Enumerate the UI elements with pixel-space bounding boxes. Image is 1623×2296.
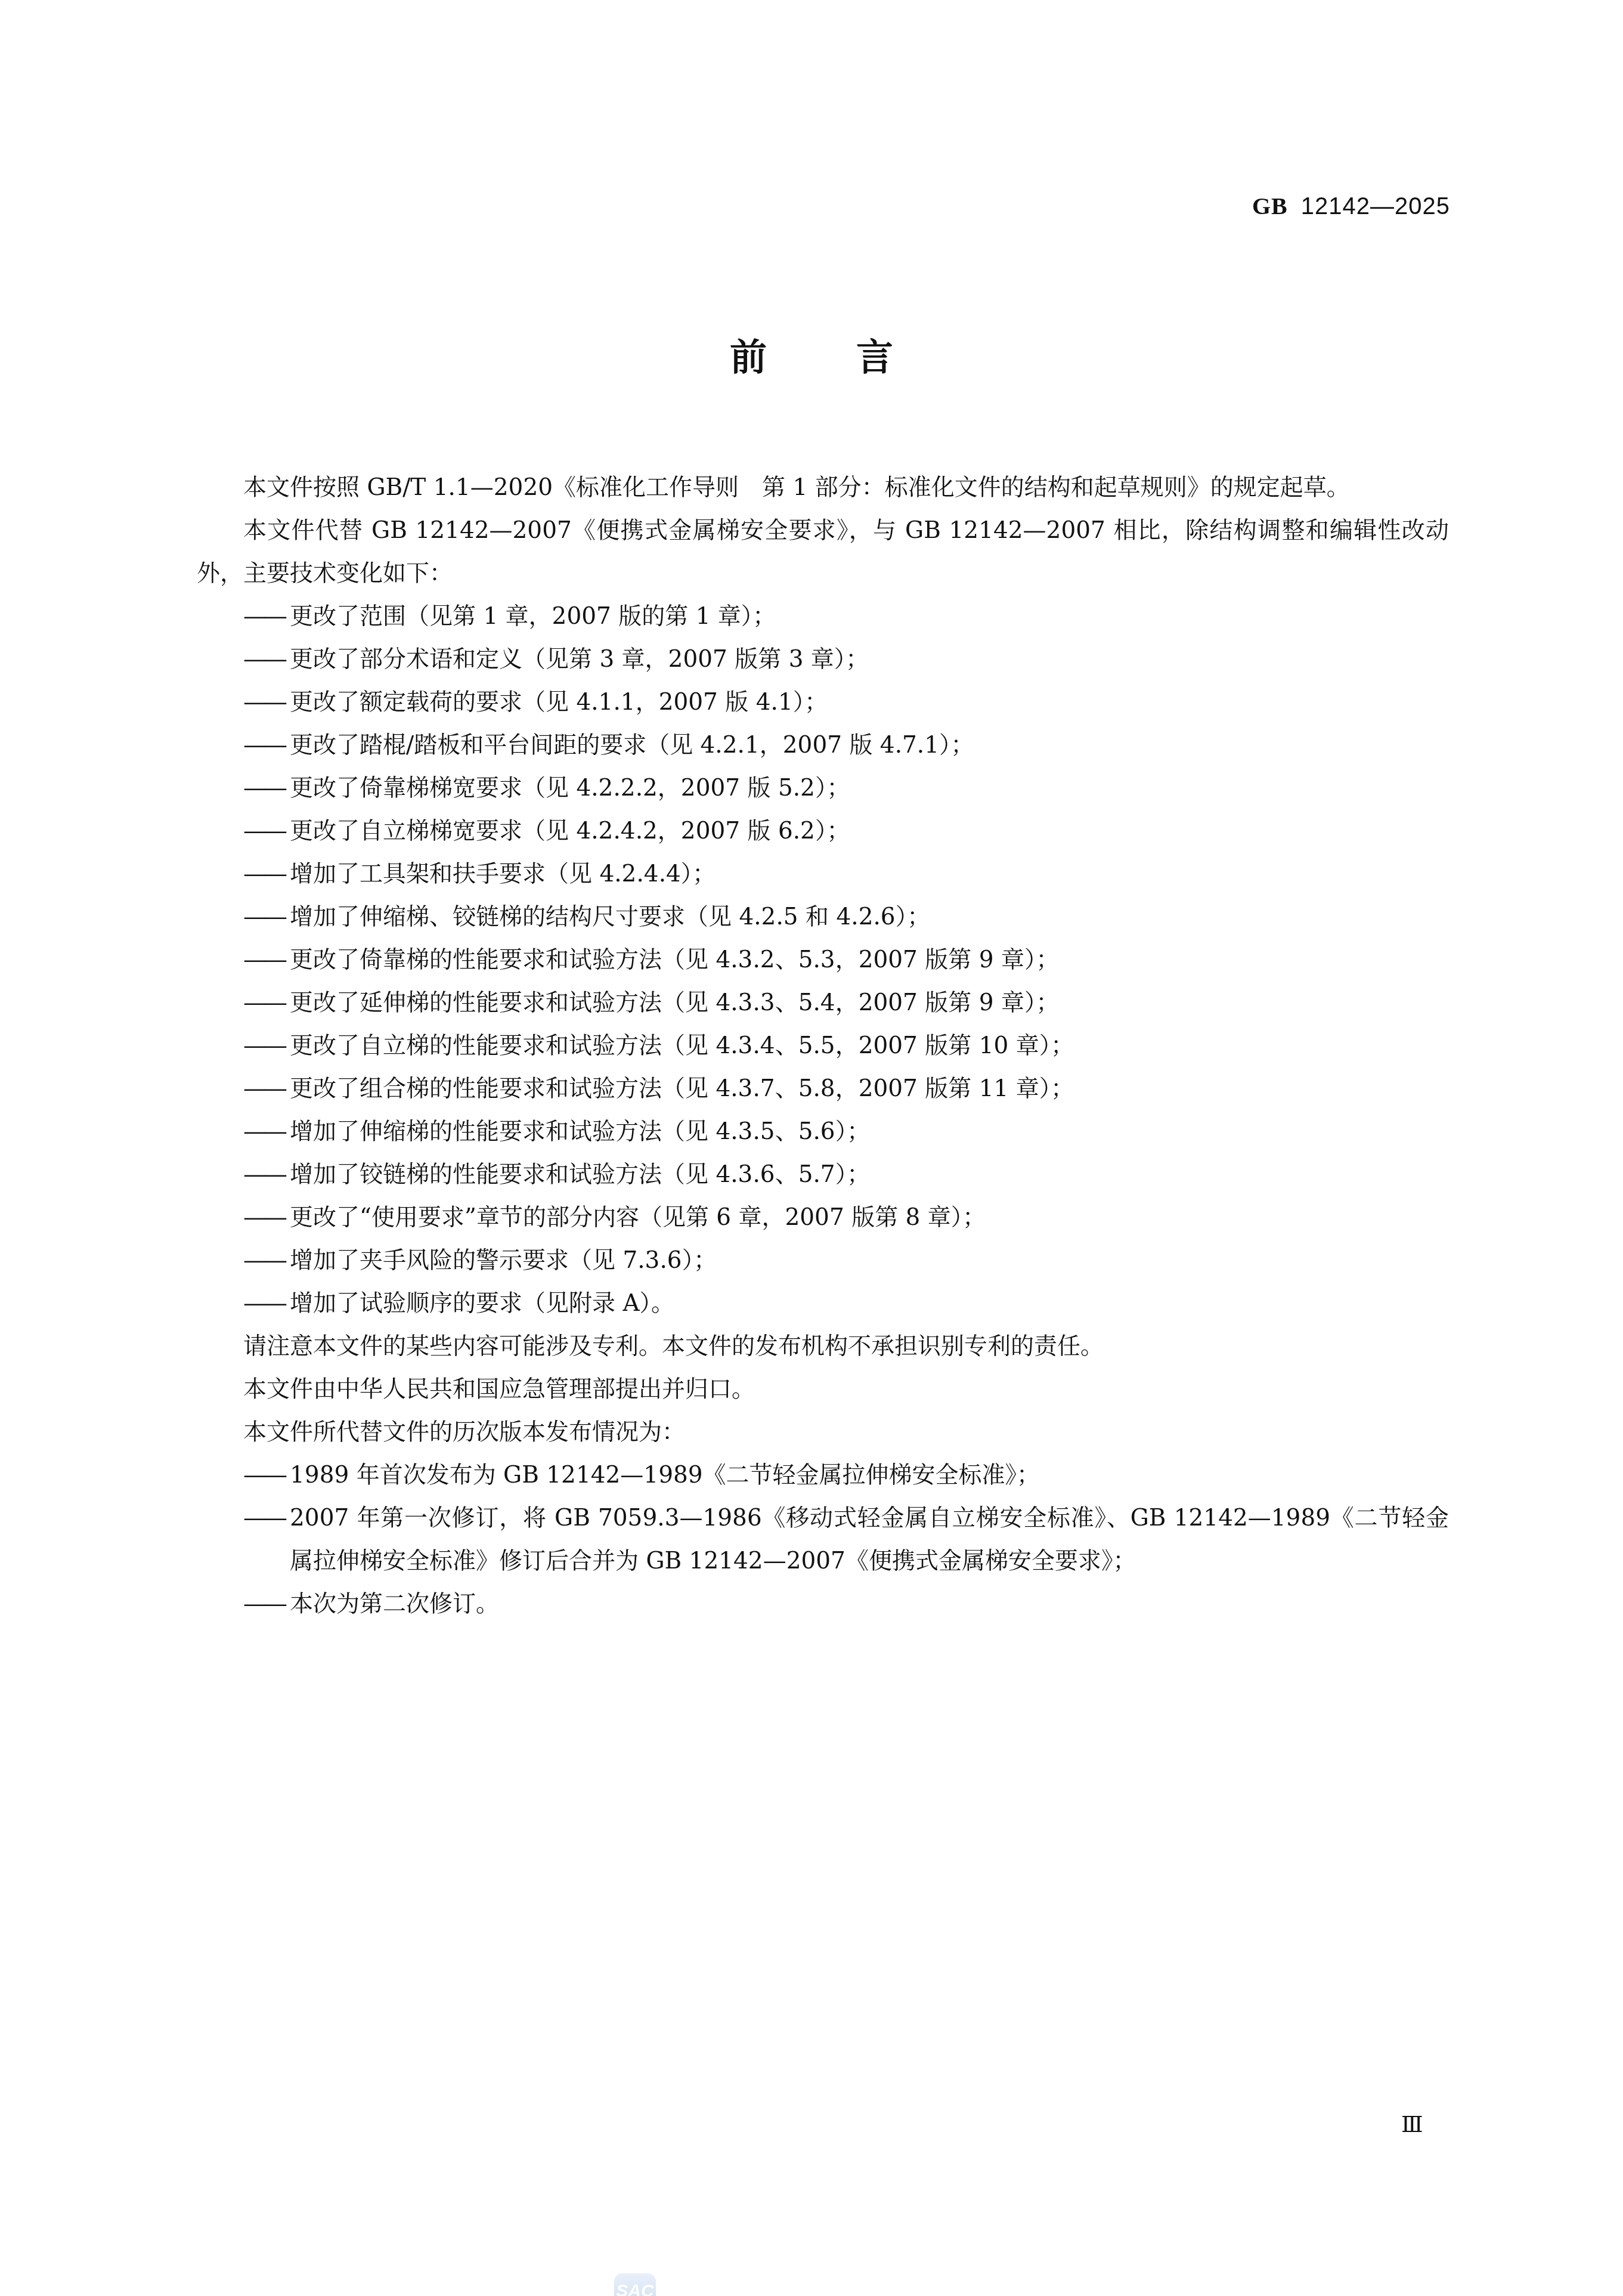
list-item-text: 更改了“使用要求”章节的部分内容（见第 6 章，2007 版第 8 章）；	[290, 1204, 986, 1231]
dash-bullet: ——	[243, 1239, 290, 1282]
list-item-text: 更改了踏棍/踏板和平台间距的要求（见 4.2.1，2007 版 4.7.1）；	[290, 732, 974, 759]
dash-bullet: ——	[243, 1153, 290, 1196]
page-title: 前言	[0, 334, 1623, 382]
list-item-text: 更改了部分术语和定义（见第 3 章，2007 版第 3 章）；	[290, 646, 869, 673]
list-item: ——增加了伸缩梯的性能要求和试验方法（见 4.3.5、5.6）；	[197, 1110, 1449, 1153]
list-item: ——增加了夹手风险的警示要求（见 7.3.6）；	[197, 1239, 1449, 1282]
list-item-text: 更改了倚靠梯的性能要求和试验方法（见 4.3.2、5.3，2007 版第 9 章…	[290, 946, 1059, 973]
dash-bullet: ——	[243, 810, 290, 853]
list-item: ——更改了额定载荷的要求（见 4.1.1，2007 版 4.1）；	[197, 681, 1449, 724]
dash-bullet: ——	[243, 896, 290, 939]
list-item: ——1989 年首次发布为 GB 12142—1989《二节轻金属拉伸梯安全标准…	[197, 1454, 1449, 1497]
list-item-text: 增加了工具架和扶手要求（见 4.2.4.4）；	[290, 861, 716, 887]
list-item: ——更改了倚靠梯梯宽要求（见 4.2.2.2，2007 版 5.2）；	[197, 767, 1449, 810]
list-item: ——增加了伸缩梯、铰链梯的结构尺寸要求（见 4.2.5 和 4.2.6）；	[197, 896, 1449, 939]
dash-bullet: ——	[243, 1497, 290, 1540]
list-item-text: 更改了倚靠梯梯宽要求（见 4.2.2.2，2007 版 5.2）；	[290, 775, 850, 802]
list-item: ——本次为第二次修订。	[197, 1583, 1449, 1626]
list-item: ——2007 年第一次修订，将 GB 7059.3—1986《移动式轻金属自立梯…	[197, 1497, 1449, 1583]
dash-bullet: ——	[243, 1583, 290, 1626]
list-item-text: 增加了伸缩梯、铰链梯的结构尺寸要求（见 4.2.5 和 4.2.6）；	[290, 903, 930, 930]
dash-bullet: ——	[243, 853, 290, 896]
dash-bullet: ——	[243, 1110, 290, 1153]
list-item: ——更改了倚靠梯的性能要求和试验方法（见 4.3.2、5.3，2007 版第 9…	[197, 939, 1449, 982]
dash-bullet: ——	[243, 1196, 290, 1239]
list-item-text: 增加了伸缩梯的性能要求和试验方法（见 4.3.5、5.6）；	[290, 1118, 870, 1145]
list-item: ——更改了自立梯梯宽要求（见 4.2.4.2，2007 版 6.2）；	[197, 810, 1449, 853]
list-item: ——更改了组合梯的性能要求和试验方法（见 4.3.7、5.8，2007 版第 1…	[197, 1067, 1449, 1110]
dash-bullet: ——	[243, 1282, 290, 1325]
list-item: ——更改了自立梯的性能要求和试验方法（见 4.3.4、5.5，2007 版第 1…	[197, 1025, 1449, 1067]
dash-bullet: ——	[243, 638, 290, 681]
list-item-text: 更改了组合梯的性能要求和试验方法（见 4.3.7、5.8，2007 版第 11 …	[290, 1075, 1074, 1102]
list-item-text: 更改了自立梯的性能要求和试验方法（见 4.3.4、5.5，2007 版第 10 …	[290, 1032, 1074, 1059]
list-item: ——增加了试验顺序的要求（见附录 A）。	[197, 1282, 1449, 1325]
standard-prefix: GB	[1252, 193, 1288, 219]
list-item-text: 更改了范围（见第 1 章，2007 版的第 1 章）；	[290, 603, 776, 630]
list-item-text: 更改了额定载荷的要求（见 4.1.1，2007 版 4.1）；	[290, 689, 828, 716]
list-item: ——更改了踏棍/踏板和平台间距的要求（见 4.2.1，2007 版 4.7.1）…	[197, 724, 1449, 767]
list-item-text: 增加了试验顺序的要求（见附录 A）。	[290, 1290, 674, 1317]
dash-bullet: ——	[243, 595, 290, 638]
dash-bullet: ——	[243, 982, 290, 1025]
paragraph-history-intro: 本文件所代替文件的历次版本发布情况为：	[197, 1411, 1449, 1454]
foreword-body: 本文件按照 GB/T 1.1—2020《标准化工作导则 第 1 部分：标准化文件…	[197, 466, 1449, 1626]
dash-bullet: ——	[243, 767, 290, 810]
title-char-1: 前	[730, 334, 767, 382]
technical-changes-list: ——更改了范围（见第 1 章，2007 版的第 1 章）； ——更改了部分术语和…	[197, 595, 1449, 1325]
list-item-text: 2007 年第一次修订，将 GB 7059.3—1986《移动式轻金属自立梯安全…	[290, 1505, 1449, 1574]
list-item-text: 更改了延伸梯的性能要求和试验方法（见 4.3.3、5.4，2007 版第 9 章…	[290, 989, 1059, 1016]
standard-code-header: GB12142—2025	[1252, 192, 1450, 220]
list-item-text: 更改了自立梯梯宽要求（见 4.2.4.2，2007 版 6.2）；	[290, 818, 850, 844]
dash-bullet: ——	[243, 939, 290, 982]
dash-bullet: ——	[243, 1067, 290, 1110]
dash-bullet: ——	[243, 681, 290, 724]
list-item: ——更改了延伸梯的性能要求和试验方法（见 4.3.3、5.4，2007 版第 9…	[197, 982, 1449, 1025]
list-item-text: 增加了铰链梯的性能要求和试验方法（见 4.3.6、5.7）；	[290, 1161, 870, 1188]
standard-number: 12142—2025	[1301, 193, 1450, 219]
page-number: Ⅲ	[1401, 2111, 1423, 2138]
list-item-text: 1989 年首次发布为 GB 12142—1989《二节轻金属拉伸梯安全标准》；	[290, 1462, 1040, 1489]
sac-watermark-logo: SAC	[614, 2273, 656, 2296]
paragraph-proposer: 本文件由中华人民共和国应急管理部提出并归口。	[197, 1368, 1449, 1411]
dash-bullet: ——	[243, 1454, 290, 1497]
list-item: ——更改了部分术语和定义（见第 3 章，2007 版第 3 章）；	[197, 638, 1449, 681]
paragraph-replacement: 本文件代替 GB 12142—2007《便携式金属梯安全要求》，与 GB 121…	[197, 509, 1449, 595]
version-history-list: ——1989 年首次发布为 GB 12142—1989《二节轻金属拉伸梯安全标准…	[197, 1454, 1449, 1626]
list-item: ——更改了范围（见第 1 章，2007 版的第 1 章）；	[197, 595, 1449, 638]
dash-bullet: ——	[243, 724, 290, 767]
paragraph-drafting-rules: 本文件按照 GB/T 1.1—2020《标准化工作导则 第 1 部分：标准化文件…	[197, 466, 1449, 509]
list-item: ——增加了工具架和扶手要求（见 4.2.4.4）；	[197, 853, 1449, 896]
list-item-text: 本次为第二次修订。	[290, 1591, 499, 1617]
list-item: ——更改了“使用要求”章节的部分内容（见第 6 章，2007 版第 8 章）；	[197, 1196, 1449, 1239]
dash-bullet: ——	[243, 1025, 290, 1067]
list-item: ——增加了铰链梯的性能要求和试验方法（见 4.3.6、5.7）；	[197, 1153, 1449, 1196]
paragraph-patent-notice: 请注意本文件的某些内容可能涉及专利。本文件的发布机构不承担识别专利的责任。	[197, 1325, 1449, 1368]
list-item-text: 增加了夹手风险的警示要求（见 7.3.6）；	[290, 1247, 717, 1274]
title-char-2: 言	[856, 334, 893, 382]
